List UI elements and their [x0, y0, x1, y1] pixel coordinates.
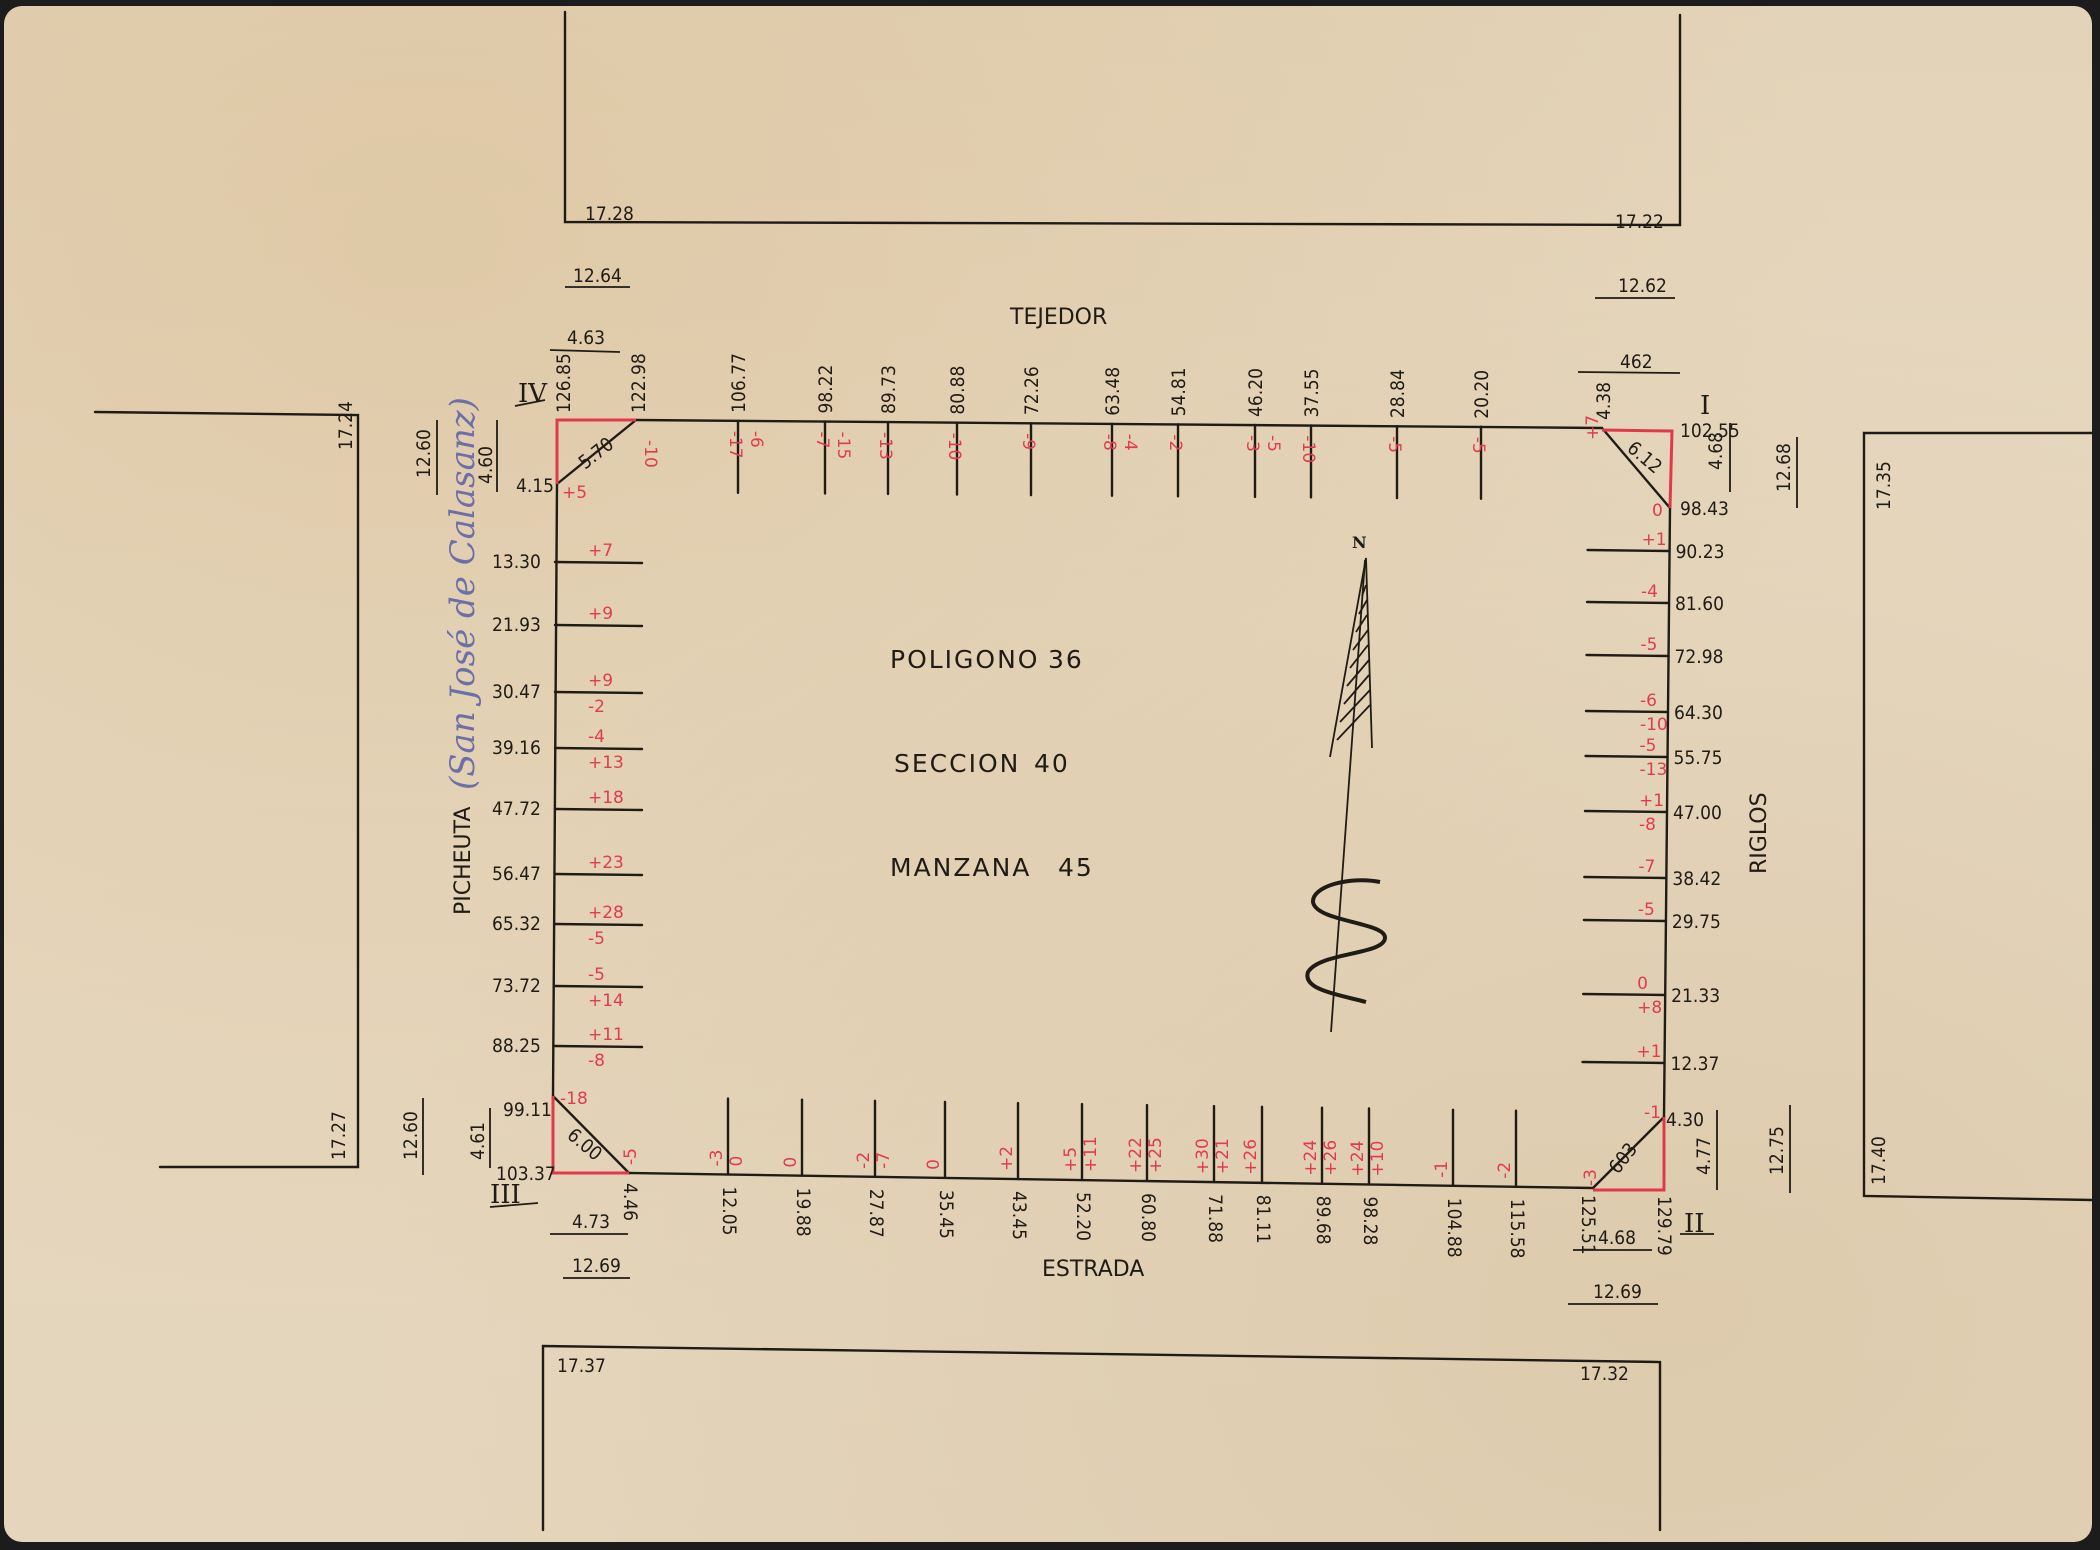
- south-offset: -1: [1432, 1161, 1452, 1178]
- east-station-value: 38.42: [1672, 868, 1721, 890]
- chamfer-III-offset-left: -18: [560, 1089, 588, 1109]
- neighbor-south-right-value: 17.32: [1580, 1363, 1629, 1385]
- east-offset: +1: [1642, 530, 1667, 550]
- street-width-east-bottom: 12.75: [1766, 1126, 1788, 1175]
- south-station-value: 19.88: [792, 1188, 814, 1237]
- chamfer-III-side-bottom: 4.46: [619, 1183, 641, 1221]
- south-offset: -2: [854, 1152, 874, 1169]
- south-offset: 0: [727, 1156, 747, 1167]
- east-tick-line: [1584, 877, 1666, 878]
- chamfer-III-offset-bottom: -5: [621, 1148, 641, 1165]
- north-offset: -6: [746, 431, 766, 448]
- chamfer-I-dim-right: 4.68: [1705, 432, 1727, 470]
- chamfer-III-side-left: 99.11: [503, 1099, 552, 1121]
- neighbor-south-left-value: 17.37: [557, 1355, 606, 1377]
- east-offset: -5: [1638, 900, 1655, 920]
- chamfer-II-offset-bottom: -3: [1581, 1169, 1601, 1186]
- neighbor-block-north: 17.28 17.22: [565, 12, 1680, 233]
- neighbor-west-top-value: 17.24: [335, 401, 357, 450]
- south-offset: +21: [1213, 1138, 1233, 1174]
- west-offset: +9: [588, 604, 613, 624]
- north-station-value: 37.55: [1301, 368, 1323, 417]
- chamfer-I-side-right: 98.43: [1680, 498, 1729, 520]
- west-tick-line: [555, 748, 642, 749]
- south-offset: -2: [1495, 1162, 1515, 1179]
- block-plan-drawing: 17.28 17.22 17.24 17.27 17.35 17.40 17.3…: [0, 0, 2100, 1550]
- west-offset: +28: [588, 903, 624, 923]
- north-station-value: 20.20: [1471, 370, 1493, 419]
- east-station-value: 55.75: [1674, 747, 1723, 769]
- north-station-value: 72.26: [1021, 366, 1043, 415]
- north-offset: -17: [725, 431, 745, 459]
- west-offset: +9: [588, 671, 613, 691]
- west-offset: +13: [588, 753, 624, 773]
- west-tick-line: [555, 924, 642, 925]
- north-station-value: 80.88: [947, 366, 969, 415]
- chamfer-I-offset-right: 0: [1652, 501, 1663, 521]
- north-offset: -10: [1298, 435, 1318, 463]
- east-offset: -5: [1641, 635, 1658, 655]
- east-offset: -7: [1638, 857, 1655, 877]
- chamfer-III-corner-value: 103.37: [496, 1163, 556, 1185]
- south-offset: -3: [707, 1150, 727, 1167]
- east-offset: +8: [1637, 998, 1662, 1018]
- west-station-value: 13.30: [492, 551, 541, 573]
- west-side-measurements: 13.30+721.93+930.47+9-239.16-4+1347.72+1…: [492, 541, 642, 1071]
- west-station-value: 47.72: [492, 798, 541, 820]
- west-offset: -5: [588, 929, 605, 949]
- south-offset: +30: [1193, 1138, 1213, 1174]
- block-outline: [553, 420, 1672, 1190]
- neighbor-east-bottom-value: 17.40: [1868, 1136, 1890, 1185]
- west-station-value: 56.47: [492, 863, 541, 885]
- title-block: POLIGONO 36 SECCION 40 MANZANA 45: [890, 645, 1094, 882]
- north-offset: -5: [1263, 435, 1283, 452]
- west-tick-line: [555, 809, 642, 810]
- south-offset: +11: [1081, 1136, 1101, 1172]
- north-arrow-icon: N: [1307, 533, 1385, 1032]
- seccion-value: 40: [1034, 749, 1070, 778]
- chamfer-IV-offset-top: -10: [640, 440, 660, 468]
- south-station-value: 81.11: [1252, 1195, 1274, 1244]
- south-offset: 0: [781, 1157, 801, 1168]
- north-offset: -5: [1468, 437, 1488, 454]
- east-station-value: 12.37: [1671, 1053, 1720, 1075]
- east-offset: -5: [1640, 736, 1657, 756]
- neighbor-block-south: 17.37 17.32: [543, 1346, 1660, 1530]
- chamfer-IV-side-left: 4.15: [516, 475, 554, 497]
- west-tick-line: [555, 562, 642, 563]
- west-station-value: 21.93: [492, 614, 541, 636]
- chamfer-III-dim-left: 4.61: [467, 1122, 489, 1160]
- north-offset: -7: [812, 432, 832, 449]
- east-offset: -6: [1640, 691, 1657, 711]
- west-offset: +18: [588, 788, 624, 808]
- street-width-north-right: 12.62: [1618, 275, 1667, 297]
- east-station-value: 90.23: [1676, 541, 1725, 563]
- west-offset: +23: [588, 853, 624, 873]
- west-station-value: 65.32: [492, 913, 541, 935]
- north-station-value: 28.84: [1387, 369, 1409, 418]
- west-station-value: 30.47: [492, 681, 541, 703]
- south-station-value: 35.45: [935, 1190, 957, 1239]
- north-offset: -15: [833, 432, 853, 460]
- neighbor-north-right-value: 17.22: [1615, 211, 1664, 233]
- east-offset: -8: [1639, 815, 1656, 835]
- street-width-west-bottom: 12.60: [400, 1111, 422, 1160]
- north-offset: -13: [875, 432, 895, 460]
- east-offset: +1: [1637, 1042, 1662, 1062]
- manzana-label: MANZANA: [890, 853, 1031, 882]
- chamfer-I-offset-top: +7: [1583, 415, 1603, 440]
- street-width-north-left: 12.64: [573, 265, 622, 287]
- north-offset: -2: [1165, 434, 1185, 451]
- south-offset: +25: [1146, 1137, 1166, 1173]
- neighbor-block-west: 17.24 17.27: [95, 401, 358, 1167]
- street-name-west: PICHEUTA: [451, 807, 476, 915]
- north-station-value: 54.81: [1168, 367, 1190, 416]
- south-side-measurements: 12.05-3019.88027.87-2-735.45043.45+252.2…: [707, 1099, 1528, 1259]
- east-offset: -10: [1640, 715, 1668, 735]
- chamfer-II-dim-right: 4.77: [1693, 1137, 1715, 1175]
- east-tick-line: [1584, 920, 1666, 921]
- chamfer-IV-side-top: 122.98: [628, 353, 650, 413]
- east-tick-line: [1586, 756, 1668, 757]
- east-offset: -13: [1640, 760, 1668, 780]
- south-offset: -7: [874, 1152, 894, 1169]
- south-offset: +24: [1301, 1140, 1321, 1176]
- south-station-value: 52.20: [1072, 1192, 1094, 1241]
- south-station-value: 60.80: [1137, 1193, 1159, 1242]
- east-offset: +1: [1639, 791, 1664, 811]
- neighbor-east-top-value: 17.35: [1873, 461, 1895, 510]
- neighbor-north-left-value: 17.28: [585, 203, 634, 225]
- north-station-value: 63.48: [1102, 367, 1124, 416]
- street-name-east: RIGLOS: [1747, 792, 1772, 874]
- west-offset: -5: [588, 965, 605, 985]
- east-tick-line: [1587, 655, 1669, 656]
- north-offset: -10: [944, 433, 964, 461]
- south-station-value: 115.58: [1506, 1199, 1528, 1259]
- north-station-value: 106.77: [728, 353, 750, 413]
- east-station-value: 81.60: [1675, 593, 1724, 615]
- south-offset: +26: [1321, 1140, 1341, 1176]
- chamfer-IV-offset-left: +5: [562, 483, 587, 503]
- west-tick-line: [555, 625, 642, 626]
- east-offset: 0: [1637, 974, 1648, 994]
- street-width-south-right: 12.69: [1593, 1281, 1642, 1303]
- north-offset: -9: [1018, 433, 1038, 450]
- neighbor-west-bottom-value: 17.27: [328, 1111, 350, 1160]
- south-offset: 0: [924, 1159, 944, 1170]
- west-offset: -4: [588, 727, 605, 747]
- street-width-south-left: 12.69: [572, 1255, 621, 1277]
- east-tick-line: [1585, 811, 1667, 812]
- west-offset: +14: [588, 991, 624, 1011]
- east-tick-line: [1583, 994, 1665, 995]
- west-tick-line: [555, 692, 642, 693]
- north-offset: -5: [1384, 436, 1404, 453]
- north-station-value: 89.73: [878, 365, 900, 414]
- west-station-value: 39.16: [492, 737, 541, 759]
- east-tick-line: [1583, 1062, 1665, 1063]
- chamfer-III-diagonal-length: 6.00: [563, 1124, 606, 1165]
- chamfer-I-diagonal-length: 6.12: [1623, 437, 1666, 478]
- chamfer-II-dim-bottom: 4.68: [1598, 1227, 1636, 1249]
- chamfer-II-side-bottom: 125.51: [1577, 1195, 1599, 1255]
- west-offset: +11: [588, 1025, 624, 1045]
- east-station-value: 64.30: [1674, 702, 1723, 724]
- east-station-value: 21.33: [1671, 985, 1720, 1007]
- street-width-east-top: 12.68: [1773, 443, 1795, 492]
- chamfer-II-corner-value: 129.79: [1653, 1196, 1675, 1256]
- south-station-value: 43.45: [1008, 1191, 1030, 1240]
- west-offset: +7: [588, 541, 613, 561]
- chamfer-IV-corner-value: 126.85: [553, 353, 575, 413]
- poligono-label: POLIGONO: [890, 645, 1039, 674]
- south-offset: +22: [1126, 1137, 1146, 1173]
- chamfer-IV-dim-top: 4.63: [567, 327, 605, 349]
- corner-label-I: I: [1700, 391, 1710, 421]
- west-tick-line: [555, 1046, 642, 1047]
- north-offset: -3: [1242, 435, 1262, 452]
- west-offset: -2: [588, 697, 605, 717]
- north-offset: -4: [1120, 434, 1140, 451]
- west-station-value: 73.72: [492, 975, 541, 997]
- north-label: N: [1352, 533, 1367, 552]
- east-side-measurements: 90.23+181.60-472.98-564.30-6-1055.75-5-1…: [1583, 530, 1725, 1075]
- south-station-value: 104.88: [1443, 1198, 1465, 1258]
- street-width-west-top: 12.60: [413, 429, 435, 478]
- manzana-value: 45: [1058, 853, 1094, 882]
- south-station-value: 89.68: [1312, 1196, 1334, 1245]
- scanned-survey-sheet: 17.28 17.22 17.24 17.27 17.35 17.40 17.3…: [0, 0, 2100, 1550]
- west-offset: -8: [588, 1051, 605, 1071]
- west-station-value: 88.25: [492, 1035, 541, 1057]
- street-name-south: ESTRADA: [1042, 1257, 1144, 1282]
- east-station-value: 29.75: [1672, 911, 1721, 933]
- south-station-value: 71.88: [1204, 1194, 1226, 1243]
- poligono-value: 36: [1048, 645, 1084, 674]
- north-offset: -8: [1099, 434, 1119, 451]
- west-tick-line: [555, 986, 642, 987]
- street-name-north: TEJEDOR: [1009, 305, 1107, 330]
- neighbor-block-east: 17.35 17.40: [1864, 433, 2092, 1200]
- south-station-value: 98.28: [1359, 1196, 1381, 1245]
- street-annotation-west: (San José de Calasanz): [443, 397, 483, 790]
- east-station-value: 72.98: [1675, 646, 1724, 668]
- south-station-value: 12.05: [718, 1187, 740, 1236]
- south-offset: +26: [1241, 1139, 1261, 1175]
- south-offset: +2: [997, 1146, 1017, 1171]
- north-station-value: 98.22: [815, 365, 837, 414]
- south-offset: +5: [1061, 1147, 1081, 1172]
- east-offset: -4: [1641, 582, 1658, 602]
- west-tick-line: [555, 874, 642, 875]
- east-tick-line: [1586, 711, 1668, 712]
- south-station-value: 27.87: [865, 1189, 887, 1238]
- chamfer-I-side-top: 4.38: [1593, 382, 1615, 420]
- east-tick-line: [1587, 602, 1669, 603]
- chamfer-II-side-right: 4.30: [1666, 1109, 1704, 1131]
- east-tick-line: [1588, 550, 1670, 551]
- seccion-label: SECCION: [894, 749, 1020, 778]
- chamfer-I-dim-top: 462: [1620, 351, 1653, 373]
- south-offset: +10: [1368, 1141, 1388, 1177]
- chamfer-III-dim-bottom: 4.73: [572, 1211, 610, 1233]
- east-station-value: 47.00: [1673, 802, 1722, 824]
- south-offset: +24: [1348, 1141, 1368, 1177]
- north-station-value: 46.20: [1245, 368, 1267, 417]
- corner-II: II 4.30 4.77 603 125.51 129.79 4.68 -3 -…: [1573, 1103, 1717, 1256]
- chamfer-II-offset-right: -1: [1644, 1103, 1661, 1123]
